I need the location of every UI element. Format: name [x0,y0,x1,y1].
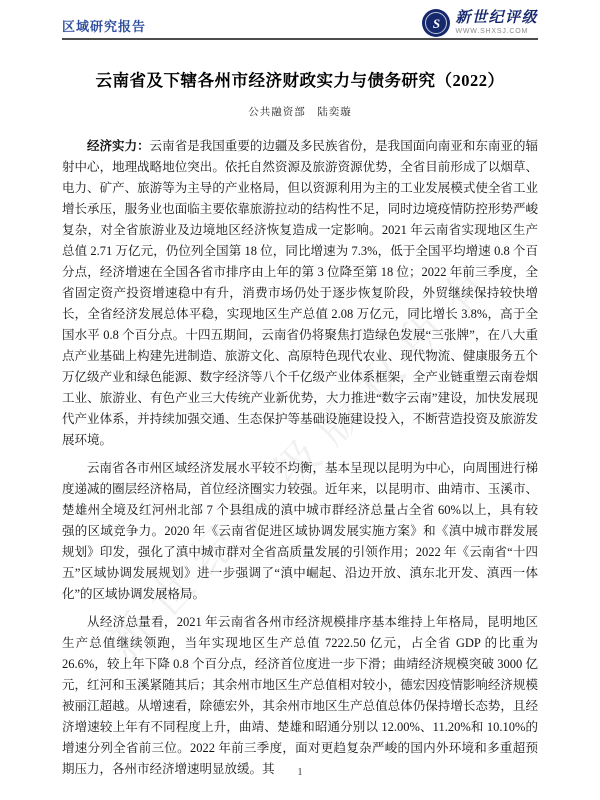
report-type-label: 区域研究报告 [62,16,146,38]
report-page: 区域研究报告 S 新世纪评级 WWW.SHXSJ.COM 云南省及下辖各州市经济… [0,0,600,800]
brand-emblem-icon: S [422,9,450,37]
brand-website: WWW.SHXSJ.COM [455,28,538,35]
body-paragraph: 云南省各市州区域经济发展水平较不均衡，基本呈现以昆明为中心，向周围进行梯度递减的… [62,458,538,605]
paragraph-text: 从经济总量看，2021 年云南省各州市经济规模排序基本维持上年格局，昆明地区生产… [62,615,538,776]
document-title: 云南省及下辖各州市经济财政实力与债务研究（2022） [62,67,538,91]
page-header: 区域研究报告 S 新世纪评级 WWW.SHXSJ.COM [62,0,538,40]
paragraph-text: 云南省各市州区域经济发展水平较不均衡，基本呈现以昆明为中心，向周围进行梯度递减的… [62,461,538,601]
body-paragraph: 从经济总量看，2021 年云南省各州市经济规模排序基本维持上年格局，昆明地区生产… [62,612,538,780]
body-paragraph: 经济实力：云南省是我国重要的边疆及多民族省份，是我国面向南亚和东南亚的辐射中心，… [62,136,538,451]
brand-name: 新世纪评级 [455,11,538,27]
document-body: 经济实力：云南省是我国重要的边疆及多民族省份，是我国面向南亚和东南亚的辐射中心，… [62,136,538,780]
authors-line: 公共融资部 陆奕璇 [62,104,538,119]
brand-emblem-letter: S [433,17,440,30]
brand-text-block: 新世纪评级 WWW.SHXSJ.COM [455,11,538,35]
paragraph-lead: 经济实力： [87,139,150,153]
brand-logo: S 新世纪评级 WWW.SHXSJ.COM [422,9,538,37]
paragraph-text: 云南省是我国重要的边疆及多民族省份，是我国面向南亚和东南亚的辐射中心，地理战略地… [62,139,538,447]
